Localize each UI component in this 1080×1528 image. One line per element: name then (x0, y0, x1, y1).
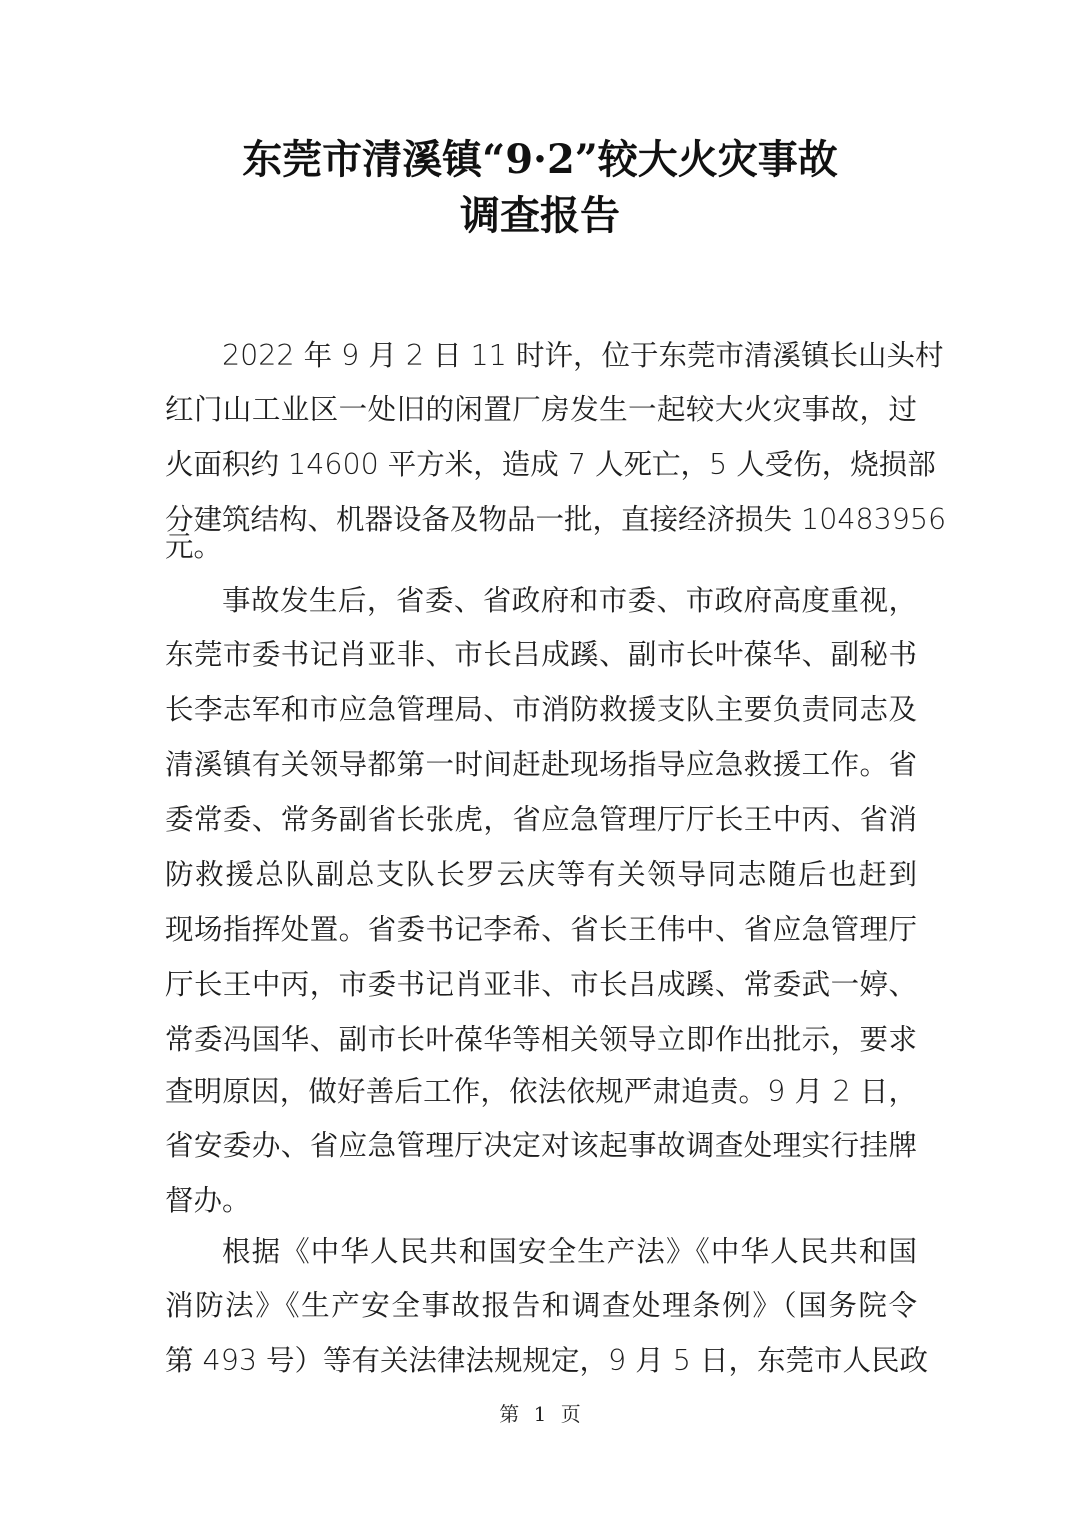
paragraph-2-line-8: 厅长王中丙，市委书记肖亚非、市长吕成蹊、常委武一婷、 (165, 959, 917, 1011)
document-page: 东莞市清溪镇“9·2”较大火灾事故 调查报告 2022 年 9 月 2 日 11… (0, 0, 1080, 1528)
paragraph-2-line-12: 督办。 (165, 1175, 917, 1227)
paragraph-3-line-2: 消防法》《生产安全事故报告和调查处理条例》（国务院令 (165, 1280, 917, 1332)
paragraph-2-line-1: 事故发生后，省委、省政府和市委、市政府高度重视， (222, 575, 917, 627)
paragraph-1-line-2: 红门山工业区一处旧的闲置厂房发生一起较大火灾事故，过 (165, 384, 917, 436)
page-number: 第 1 页 (0, 1398, 1080, 1427)
paragraph-2-line-7: 现场指挥处置。省委书记李希、省长王伟中、省应急管理厅 (165, 904, 917, 956)
paragraph-3-line-3: 第 493 号）等有关法律法规规定，9 月 5 日，东莞市人民政 (165, 1335, 917, 1387)
paragraph-2-line-10: 查明原因，做好善后工作，依法依规严肃追责。9 月 2 日， (165, 1066, 917, 1118)
paragraph-2-line-2: 东莞市委书记肖亚非、市长吕成蹊、副市长叶葆华、副秘书 (165, 629, 917, 681)
paragraph-3-line-1: 根据《中华人民共和国安全生产法》《中华人民共和国 (222, 1226, 917, 1278)
paragraph-2-line-3: 长李志军和市应急管理局、市消防救援支队主要负责同志及 (165, 684, 917, 736)
paragraph-1-line-1: 2022 年 9 月 2 日 11 时许，位于东莞市清溪镇长山头村 (222, 330, 917, 382)
document-title-line-1: 东莞市清溪镇“9·2”较大火灾事故 (0, 134, 1080, 186)
paragraph-1-line-3: 火面积约 14600 平方米，造成 7 人死亡，5 人受伤，烧损部 (165, 439, 917, 491)
paragraph-2-line-11: 省安委办、省应急管理厅决定对该起事故调查处理实行挂牌 (165, 1120, 917, 1172)
paragraph-2-line-9: 常委冯国华、副市长叶葆华等相关领导立即作出批示，要求 (165, 1014, 917, 1066)
paragraph-1-line-5: 元。 (165, 521, 917, 573)
paragraph-2-line-5: 委常委、常务副省长张虎，省应急管理厅厅长王中丙、省消 (165, 794, 917, 846)
paragraph-2-line-6: 防救援总队副总支队长罗云庆等有关领导同志随后也赶到 (165, 849, 917, 901)
paragraph-2-line-4: 清溪镇有关领导都第一时间赶赴现场指导应急救援工作。省 (165, 739, 917, 791)
document-title-line-2: 调查报告 (0, 190, 1080, 242)
